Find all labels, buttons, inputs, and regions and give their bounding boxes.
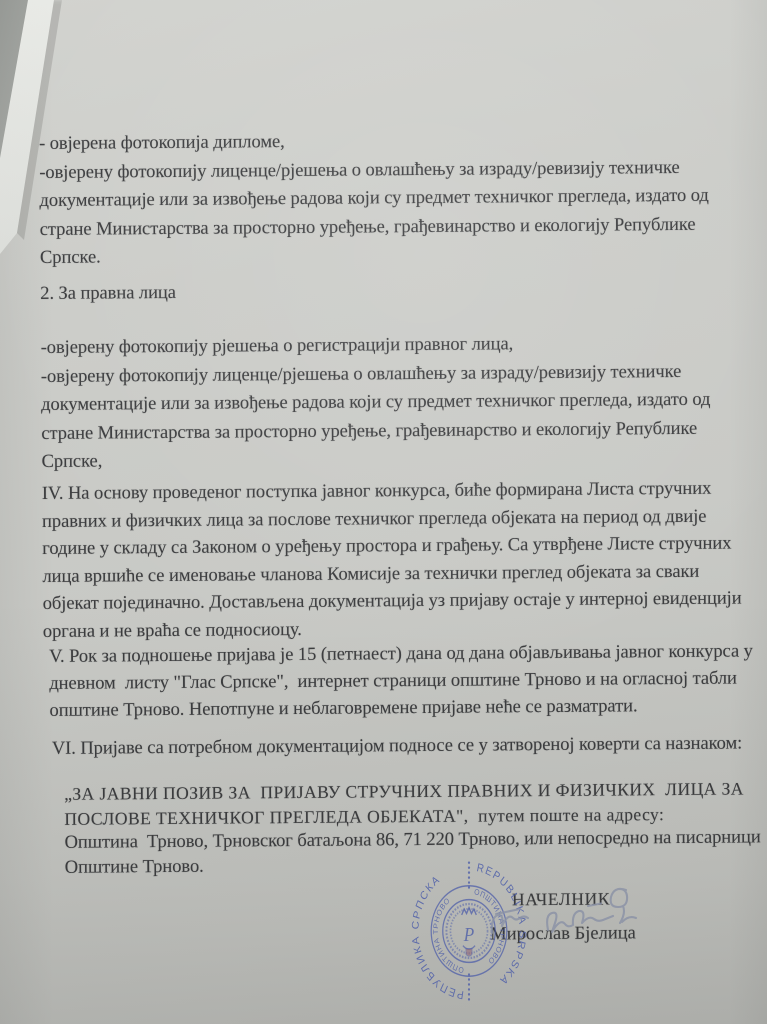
text-line: Српске.: [40, 239, 709, 273]
paragraph-attachments-individuals: - овјерена фотокопија дипломе, -овјерену…: [39, 125, 709, 273]
paragraph-legal-entities-heading: 2. За правна лица: [40, 279, 176, 309]
text-line: документације или за извођење радова кој…: [39, 182, 708, 216]
text-line: стране Министарства за просторно уређење…: [41, 414, 710, 448]
text-line: VI. Пријаве са потребном документацијом …: [52, 729, 743, 763]
text-line: општине Трново. Непотпуне и неблаговреме…: [49, 691, 753, 724]
paragraph-section-vi: VI. Пријаве са потребном документацијом …: [52, 729, 743, 763]
paragraph-section-v: V. Рок за подношење пријава је 15 (петна…: [49, 637, 753, 724]
stamp-monogram: Р: [463, 924, 475, 947]
text-line: 2. За правна лица: [40, 279, 176, 309]
paragraph-attachments-legal-entities: -овјерену фотокопију рјешења о регистрац…: [41, 329, 711, 477]
text-line: Српске,: [41, 443, 710, 477]
signature-cluster-1: [492, 909, 528, 933]
document-text-block: - овјерена фотокопија дипломе, -овјерену…: [0, 0, 767, 1024]
text-line: објекат појединачно. Достављена документ…: [43, 584, 742, 617]
signature-flourish: [611, 889, 627, 923]
stamp-shield: [466, 949, 472, 957]
document-photo: - овјерена фотокопија дипломе, -овјерену…: [0, 0, 767, 1024]
text-line: документације или за извођење радова кој…: [41, 386, 710, 420]
stamp-coat-of-arms: Р: [462, 908, 477, 957]
text-line: стране Министарства за просторно уређење…: [40, 210, 709, 244]
stamp-crown: [462, 908, 477, 915]
text-line: дневном листу "Глас Српске", интернет ст…: [49, 664, 753, 697]
signature-dash: [588, 904, 601, 907]
handwritten-signature: [480, 878, 710, 948]
paragraph-section-iv: IV. На основу проведеног поступка јавног…: [42, 474, 742, 644]
